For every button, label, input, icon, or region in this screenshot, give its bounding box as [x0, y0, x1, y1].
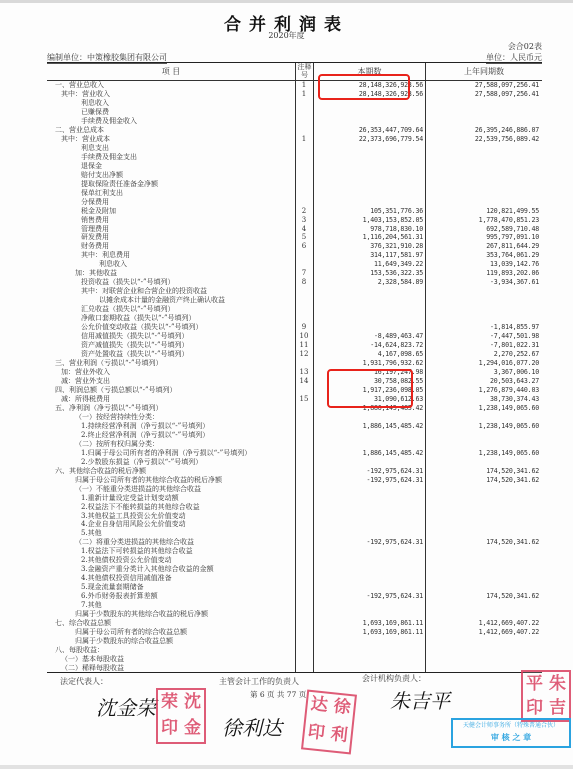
table-row: 减：所得税费用1531,090,612.6338,730,374.43: [47, 395, 542, 404]
table-row: 净敞口套期收益（损失以“-”号填列）: [47, 314, 542, 323]
row-previous: -7,801,022.31: [427, 341, 539, 350]
row-item: 1.重新计量设定受益计划变动额: [47, 494, 329, 503]
table-row: 1.权益法下可转损益的其他综合收益: [47, 547, 542, 556]
row-item: 6.外币财务报表折算差额: [47, 592, 329, 601]
row-current: -192,975,624.31: [315, 467, 423, 476]
row-previous: 120,821,499.55: [427, 207, 539, 216]
row-current: 1,116,204,561.31: [315, 233, 423, 242]
table-row: 七、综合收益总额1,693,169,861.111,412,669,407.22: [47, 619, 542, 628]
row-item: 五、净利润（净亏损以“-”号填列）: [47, 404, 303, 413]
row-note: 6: [297, 242, 311, 251]
row-previous: 1,778,470,851.23: [427, 216, 539, 225]
table-row: 其中：营业成本122,373,696,779.5422,539,756,089.…: [47, 135, 542, 144]
highlight-net-profit: [327, 369, 413, 408]
row-previous: 13,039,142.76: [427, 260, 539, 269]
table-row: （一）不能重分类进损益的其他综合收益: [47, 485, 542, 494]
table-row: （一）基本每股收益: [47, 655, 542, 664]
table-row: 5.其他: [47, 529, 542, 538]
row-previous: 174,520,341.62: [427, 467, 539, 476]
row-item: 以摊余成本计量的金融资产终止确认收益: [47, 296, 347, 305]
row-previous: 27,588,097,256.41: [427, 90, 539, 99]
table-row: 资产减值损失（损失以“-”号填列）11-14,624,823.72-7,801,…: [47, 341, 542, 350]
table-row: 1.归属于母公司所有者的净利润（净亏损以“-”号填列）1,886,145,485…: [47, 449, 542, 458]
row-item: 四、利润总额（亏损总额以“-”号填列）: [47, 386, 303, 395]
row-previous: 3,367,006.10: [427, 368, 539, 377]
table-row: 管理费用4978,718,830.10692,589,710.48: [47, 225, 542, 234]
row-item: 八、每股收益：: [47, 646, 303, 655]
table-row: 归属于少数股东的综合收益总额: [47, 637, 542, 646]
row-item: 4.其他债权投资信用减值准备: [47, 574, 329, 583]
row-note: 13: [297, 368, 311, 377]
header-item: 项 目: [47, 66, 295, 77]
row-item: （二）将重分类进损益的其他综合收益: [47, 538, 323, 547]
row-previous: 1,294,016,077.20: [427, 359, 539, 368]
table-row: 7.其他: [47, 601, 542, 610]
table-row: 信用减值损失（损失以“-”号填列）10-8,489,463.47-7,447,5…: [47, 332, 542, 341]
row-item: 其中：利息费用: [47, 251, 329, 260]
row-item: 投资收益（损失以“-”号填列）: [47, 278, 329, 287]
row-item: 已赚保费: [47, 108, 329, 117]
table-row: 归属于母公司所有者的综合收益总额1,693,169,861.111,412,66…: [47, 628, 542, 637]
row-previous: 27,588,097,256.41: [427, 81, 539, 90]
table-row: 3.其他权益工具投资公允价值变动: [47, 512, 542, 521]
seal-chief-accountant: 达徐 印利: [301, 690, 357, 755]
row-current: 11,649,349.22: [315, 260, 423, 269]
row-current: 153,536,322.35: [315, 269, 423, 278]
row-current: -192,975,624.31: [315, 592, 423, 601]
row-previous: 1,412,669,407.22: [427, 628, 539, 637]
row-previous: 20,503,643.27: [427, 377, 539, 386]
table-row: 利息收入: [47, 99, 542, 108]
row-item: 赔付支出净额: [47, 171, 329, 180]
row-item: 销售费用: [47, 216, 329, 225]
row-item: 归属于母公司所有者的其他综合收益的税后净额: [47, 476, 323, 485]
table-body: 一、营业总收入128,148,326,923.5627,588,097,256.…: [47, 81, 542, 673]
table-row: 一、营业总收入128,148,326,923.5627,588,097,256.…: [47, 81, 542, 90]
row-item: （一）按经营持续性分类：: [47, 413, 323, 422]
row-previous: 1,238,149,065.60: [427, 404, 539, 413]
row-note: 5: [297, 233, 311, 242]
table-row: 赔付支出净额: [47, 171, 542, 180]
row-previous: -3,934,367.61: [427, 278, 539, 287]
table-row: （二）稀释每股收益: [47, 664, 542, 673]
header-previous: 上年同期数: [426, 66, 542, 77]
table-row: 6.外币财务报表折算差额-192,975,624.31174,520,341.6…: [47, 592, 542, 601]
row-previous: 22,539,756,089.42: [427, 135, 539, 144]
row-item: 2.权益法下不能转损益的其他综合收益: [47, 503, 329, 512]
row-item: 公允价值变动收益（损失以“-”号填列）: [47, 323, 329, 332]
row-item: 七、综合收益总额: [47, 619, 303, 628]
row-item: 汇兑收益（损失以“-”号填列）: [47, 305, 329, 314]
income-statement-table: 项 目 注释号 本期数 上年同期数 一、营业总收入128,148,326,923…: [47, 62, 542, 673]
table-row: 其中：利息费用314,117,581.97353,764,061.29: [47, 251, 542, 260]
row-item: 信用减值损失（损失以“-”号填列）: [47, 332, 329, 341]
table-row: （二）按所有权归属分类：: [47, 440, 542, 449]
row-item: （一）不能重分类进损益的其他综合收益: [47, 485, 323, 494]
row-item: 利息支出: [47, 144, 329, 153]
row-previous: 2,270,252.67: [427, 350, 539, 359]
table-row: 4.其他债权投资信用减值准备: [47, 574, 542, 583]
row-current: 22,373,696,779.54: [315, 135, 423, 144]
table-row: 2.其他债权投资公允价值变动: [47, 556, 542, 565]
row-previous: 995,797,091.10: [427, 233, 539, 242]
row-current: -8,489,463.47: [315, 332, 423, 341]
table-row: 五、净利润（净亏损以“-”号填列）1,886,145,485.421,238,1…: [47, 404, 542, 413]
table-row: 税金及附加2105,351,776.36120,821,499.55: [47, 207, 542, 216]
row-previous: 174,520,341.62: [427, 476, 539, 485]
document-page: 合并利润表 2020年度 会合02表 编制单位：中策橡胶集团有限公司 单位：人民…: [0, 0, 573, 769]
row-previous: 119,893,202.06: [427, 269, 539, 278]
row-item: 管理费用: [47, 225, 329, 234]
row-current: -14,624,823.72: [315, 341, 423, 350]
row-item: 1.归属于母公司所有者的净利润（净亏损以“-”号填列）: [47, 449, 329, 458]
table-row: 减：营业外支出1430,758,082.5520,503,643.27: [47, 377, 542, 386]
seal-accounting-head: 平朱 印吉: [521, 670, 571, 722]
table-row: 八、每股收益：: [47, 646, 542, 655]
row-note: 3: [297, 216, 311, 225]
table-row: 加：其他收益7153,536,322.35119,893,202.06: [47, 269, 542, 278]
row-note: 12: [297, 350, 311, 359]
row-item: 1.持续经营净利润（净亏损以“-”号填列）: [47, 422, 329, 431]
row-previous: 1,276,879,440.03: [427, 386, 539, 395]
row-previous: 353,764,061.29: [427, 251, 539, 260]
row-previous: 1,238,149,065.60: [427, 449, 539, 458]
table-row: 2.权益法下不能转损益的其他综合收益: [47, 503, 542, 512]
row-item: 7.其他: [47, 601, 329, 610]
row-item: 3.金融资产重分类计入其他综合收益的金额: [47, 565, 329, 574]
table-row: （二）将重分类进损益的其他综合收益-192,975,624.31174,520,…: [47, 538, 542, 547]
table-row: 以摊余成本计量的金融资产终止确认收益: [47, 296, 542, 305]
table-row: 归属于少数股东的其他综合收益的税后净额: [47, 610, 542, 619]
table-row: 利息支出: [47, 144, 542, 153]
row-item: 3.其他权益工具投资公允价值变动: [47, 512, 329, 521]
row-item: 研发费用: [47, 233, 329, 242]
row-item: 其中：对联营企业和合营企业的投资收益: [47, 287, 329, 296]
row-item: 税金及附加: [47, 207, 329, 216]
row-previous: 1,238,149,065.60: [427, 422, 539, 431]
row-item: 2.其他债权投资公允价值变动: [47, 556, 329, 565]
row-current: -192,975,624.31: [315, 538, 423, 547]
row-item: 净敞口套期收益（损失以“-”号填列）: [47, 314, 329, 323]
table-row: 研发费用51,116,204,561.31995,797,091.10: [47, 233, 542, 242]
page-number: 第 6 页 共 77 页: [250, 689, 306, 700]
signature-legal-rep: 沈金荣: [96, 692, 156, 721]
table-row: 销售费用31,403,153,852.051,778,470,851.23: [47, 216, 542, 225]
table-row: 1.持续经营净利润（净亏损以“-”号填列）1,886,145,485.421,2…: [47, 422, 542, 431]
row-item: 减：所得税费用: [47, 395, 309, 404]
row-previous: 174,520,341.62: [427, 538, 539, 547]
row-note: 1: [297, 81, 311, 90]
form-number: 会合02表: [508, 41, 542, 52]
table-row: 加：营业外收入1316,197,247.983,367,006.10: [47, 368, 542, 377]
statement-period: 2020年度: [0, 30, 573, 41]
row-current: 1,931,796,932.62: [315, 359, 423, 368]
header-note: 注释号: [296, 63, 313, 79]
table-row: 5.现金流量套期储备: [47, 583, 542, 592]
row-item: 1.权益法下可转损益的其他综合收益: [47, 547, 329, 556]
row-item: 财务费用: [47, 242, 329, 251]
row-item: 资产减值损失（损失以“-”号填列）: [47, 341, 329, 350]
accounting-head-label: 会计机构负责人：: [362, 673, 426, 684]
row-previous: -7,447,501.98: [427, 332, 539, 341]
row-current: 376,321,910.28: [315, 242, 423, 251]
row-current: 1,886,145,485.42: [315, 422, 423, 431]
table-row: 公允价值变动收益（损失以“-”号填列）9-1,814,855.97: [47, 323, 542, 332]
row-previous: 174,520,341.62: [427, 592, 539, 601]
table-row: 3.金融资产重分类计入其他综合收益的金额: [47, 565, 542, 574]
row-item: 2.少数股东损益（净亏损以“-”号填列）: [47, 458, 329, 467]
row-note: 8: [297, 278, 311, 287]
row-item: 其中：营业成本: [47, 135, 309, 144]
row-note: 15: [297, 395, 311, 404]
row-current: 1,886,145,485.42: [315, 449, 423, 458]
row-item: 归属于少数股东的综合收益总额: [47, 637, 323, 646]
signature-accounting-head: 朱吉平: [390, 685, 450, 714]
row-item: 资产处置收益（损失以“-”号填列）: [47, 350, 329, 359]
row-item: 手续费及佣金收入: [47, 117, 329, 126]
table-row: 手续费及佣金支出: [47, 153, 542, 162]
table-row: 已赚保费: [47, 108, 542, 117]
row-previous: 1,412,669,407.22: [427, 619, 539, 628]
row-current: 2,328,584.89: [315, 278, 423, 287]
table-row: 其中：营业收入128,148,326,923.5627,588,097,256.…: [47, 90, 542, 99]
row-current: 26,353,447,709.64: [315, 126, 423, 135]
row-item: 手续费及佣金支出: [47, 153, 329, 162]
table-row: 归属于母公司所有者的其他综合收益的税后净额-192,975,624.31174,…: [47, 476, 542, 485]
row-item: 加：其他收益: [47, 269, 323, 278]
row-note: 9: [297, 323, 311, 332]
viewer-bottom-edge: [0, 765, 573, 769]
row-item: 5.其他: [47, 529, 329, 538]
row-previous: 267,811,644.29: [427, 242, 539, 251]
row-item: 二、营业总成本: [47, 126, 303, 135]
row-previous: 38,730,374.43: [427, 395, 539, 404]
row-item: 2.终止经营净利润（净亏损以“-”号填列）: [47, 431, 329, 440]
row-item: 一、营业总收入: [47, 81, 303, 90]
row-item: 其中：营业收入: [47, 90, 309, 99]
row-current: 1,403,153,852.05: [315, 216, 423, 225]
row-note: 14: [297, 377, 311, 386]
row-current: 1,693,169,861.11: [315, 628, 423, 637]
chief-accountant-label: 主管会计工作的负责人: [219, 676, 299, 687]
row-item: 减：营业外支出: [47, 377, 309, 386]
row-current: 105,351,776.36: [315, 207, 423, 216]
table-row: 分保费用: [47, 198, 542, 207]
row-item: 加：营业外收入: [47, 368, 309, 377]
table-row: 保单红利支出: [47, 189, 542, 198]
row-note: 4: [297, 225, 311, 234]
table-row: 手续费及佣金收入: [47, 117, 542, 126]
table-row: （一）按经营持续性分类：: [47, 413, 542, 422]
table-row: 资产处置收益（损失以“-”号填列）124,167,098.652,270,252…: [47, 350, 542, 359]
row-note: 10: [297, 332, 311, 341]
table-row: 汇兑收益（损失以“-”号填列）: [47, 305, 542, 314]
row-note: 11: [297, 341, 311, 350]
table-row: 其中：对联营企业和合营企业的投资收益: [47, 287, 542, 296]
row-item: 退保金: [47, 162, 329, 171]
table-row: 二、营业总成本26,353,447,709.6426,395,246,886.0…: [47, 126, 542, 135]
table-row: 2.终止经营净利润（净亏损以“-”号填列）: [47, 431, 542, 440]
row-item: 利息收入: [47, 260, 347, 269]
highlight-revenue: [318, 74, 410, 100]
table-header: 项 目 注释号 本期数 上年同期数: [47, 63, 542, 81]
row-current: 978,718,830.10: [315, 225, 423, 234]
row-item: 归属于少数股东的其他综合收益的税后净额: [47, 610, 323, 619]
row-item: 保单红利支出: [47, 189, 329, 198]
row-previous: 692,589,710.48: [427, 225, 539, 234]
table-row: 利息收入11,649,349.2213,039,142.76: [47, 260, 542, 269]
row-item: （二）稀释每股收益: [47, 664, 309, 673]
row-item: （二）按所有权归属分类：: [47, 440, 323, 449]
row-previous: -1,814,855.97: [427, 323, 539, 332]
seal-legal-rep: 荣沈 印金: [156, 688, 206, 744]
row-current: -192,975,624.31: [315, 476, 423, 485]
table-row: 四、利润总额（亏损总额以“-”号填列）1,917,236,098.051,276…: [47, 386, 542, 395]
row-note: 1: [297, 135, 311, 144]
row-item: 4.企业自身信用风险公允价值变动: [47, 520, 329, 529]
row-item: 5.现金流量套期储备: [47, 583, 329, 592]
row-current: 1,693,169,861.11: [315, 619, 423, 628]
audit-seal: 天健会计师事务所（特殊普通合伙） 审 核 之 章: [451, 718, 571, 748]
table-row: 4.企业自身信用风险公允价值变动: [47, 520, 542, 529]
table-row: 三、营业利润（亏损以“-”号填列）1,931,796,932.621,294,0…: [47, 359, 542, 368]
row-item: 归属于母公司所有者的综合收益总额: [47, 628, 323, 637]
row-current: 314,117,581.97: [315, 251, 423, 260]
table-row: 1.重新计量设定受益计划变动额: [47, 494, 542, 503]
row-item: 三、营业利润（亏损以“-”号填列）: [47, 359, 303, 368]
row-item: 提取保险责任准备金净额: [47, 180, 329, 189]
row-item: （一）基本每股收益: [47, 655, 309, 664]
row-previous: 26,395,246,886.07: [427, 126, 539, 135]
row-item: 利息收入: [47, 99, 329, 108]
table-row: 投资收益（损失以“-”号填列）82,328,584.89-3,934,367.6…: [47, 278, 542, 287]
row-item: 六、其他综合收益的税后净额: [47, 467, 303, 476]
table-row: 财务费用6376,321,910.28267,811,644.29: [47, 242, 542, 251]
row-item: 分保费用: [47, 198, 329, 207]
table-row: 六、其他综合收益的税后净额-192,975,624.31174,520,341.…: [47, 467, 542, 476]
row-current: 4,167,098.65: [315, 350, 423, 359]
signature-chief-accountant: 徐利达: [222, 712, 282, 741]
viewer-top-edge: [0, 0, 573, 3]
row-note: 2: [297, 207, 311, 216]
table-row: 提取保险责任准备金净额: [47, 180, 542, 189]
row-note: 7: [297, 269, 311, 278]
table-row: 2.少数股东损益（净亏损以“-”号填列）: [47, 458, 542, 467]
table-row: 退保金: [47, 162, 542, 171]
legal-rep-label: 法定代表人：: [60, 676, 108, 687]
row-note: 1: [297, 90, 311, 99]
